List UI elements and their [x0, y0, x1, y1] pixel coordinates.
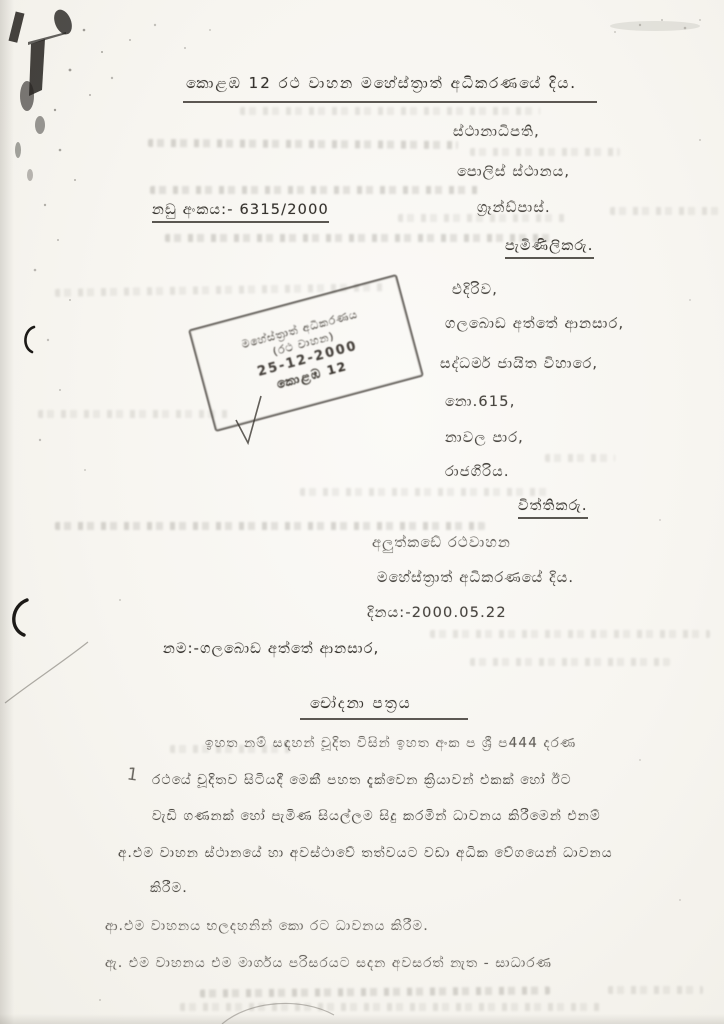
header-underline-ghost: [240, 107, 540, 115]
versus-label: එදිරිව,: [452, 282, 498, 298]
charge-para-line1: රථයේ චූදිතව සිටියදී මෙකී පහත දැක්වෙන ක්‍…: [152, 772, 572, 788]
charge-item-a-line1: අ.එම වාහන ස්ථානයේ හා අවස්ථාවේ තත්වයට වඩා…: [118, 845, 613, 861]
ghost-text-line: [38, 410, 228, 418]
case-number-line: නඩු අංකය:- 6315/2000: [152, 202, 329, 223]
charge-sheet-heading: චෝදනා පත්‍රය: [310, 694, 412, 712]
complainant-role-label: පැමිණිලිකරු.: [505, 238, 594, 259]
court-header-title: කොළඹ 12 රථ වාහන මහේස්ත්‍රාත් අධිකරණයේ දි…: [186, 74, 577, 92]
ghost-text-line: [608, 986, 703, 994]
ghost-text-line: [148, 139, 458, 149]
defendant-name: ගලබොඩ අත්තේ ආනසාර,: [445, 316, 624, 332]
defendant-address-temple: සද්ධර්ම ජායිත විහාරෙ,: [440, 356, 598, 372]
ghost-text-line: [430, 630, 710, 638]
corner-blotches: [8, 7, 75, 181]
accused-name-line: නම:-ගලබොඩ අත්තේ ආනසාර,: [163, 641, 379, 657]
ghost-text-line: [200, 986, 550, 997]
defendant-address-city: රාජගිරිය.: [445, 464, 510, 480]
ghost-text-line: [470, 658, 670, 666]
filing-court-line2: මහේස්ත්‍රාත් අධිකරණයේ දිය.: [377, 570, 574, 586]
charge-intro-line: ඉහත නම් සඳහන් චූදිත විසින් ඉහත අංක ප ශ්‍…: [205, 735, 576, 751]
charge-item-c: ඇ. එම වාහනය එම මාර්ගය පරිසරයට සදන අවසරත්…: [105, 955, 552, 971]
ghost-text-line: [180, 1003, 600, 1011]
ghost-text-line: [165, 234, 555, 242]
ghost-text-line: [545, 454, 615, 462]
defendant-address-number: නො.615,: [445, 394, 516, 410]
ghost-text-line: [150, 186, 480, 194]
scanned-document-page: කොළඹ 12 රථ වාහන මහේස්ත්‍රාත් අධිකරණයේ දි…: [0, 0, 724, 1024]
fold-crease-left: [5, 642, 88, 703]
scan-edge-shadow-left: [0, 0, 14, 1024]
pen-crescent-mark-upper: [25, 327, 34, 352]
charge-sheet-heading-underline: [300, 718, 468, 720]
court-rubber-stamp: මහේස්ත්‍රාත් අධිකරණය (රථ වාහන) 25-12-200…: [188, 274, 424, 432]
pen-crescent-mark-lower: [14, 600, 27, 635]
complainant-line-place: ග්‍රෑන්ඩ්පාස්.: [477, 200, 551, 216]
filing-date-line: දිනය:-2000.05.22: [367, 605, 507, 621]
scan-edge-shadow-bottom: [0, 1014, 724, 1024]
filing-court-line1: අලුත්කඩේ රථවාහන: [372, 535, 511, 551]
margin-item-number: 1: [126, 764, 140, 785]
charge-item-a-line2: කිරීම.: [150, 880, 188, 896]
top-right-smudge: [610, 21, 700, 31]
complainant-line-oic: ස්ථානාධිපති,: [453, 124, 540, 140]
defendant-role-label: විත්තිකරු.: [518, 498, 588, 519]
complainant-line-station: පොලිස් ස්ථානය,: [457, 164, 570, 180]
ghost-text-line: [300, 488, 550, 496]
ghost-text-line: [55, 522, 485, 530]
defendant-address-road: නාවල පාර,: [445, 430, 524, 446]
ghost-text-line: [470, 148, 620, 156]
charge-para-line2: වැඩි ගණනක් හෝ පැමිණ සියල්ලම සිදු කරමින් …: [152, 808, 601, 824]
header-underline: [183, 101, 597, 103]
charge-item-b: ආ.එම වාහනය භලදහනින් කො රට ධාවනය කිරීම.: [105, 918, 429, 934]
ghost-text-line: [610, 207, 720, 215]
